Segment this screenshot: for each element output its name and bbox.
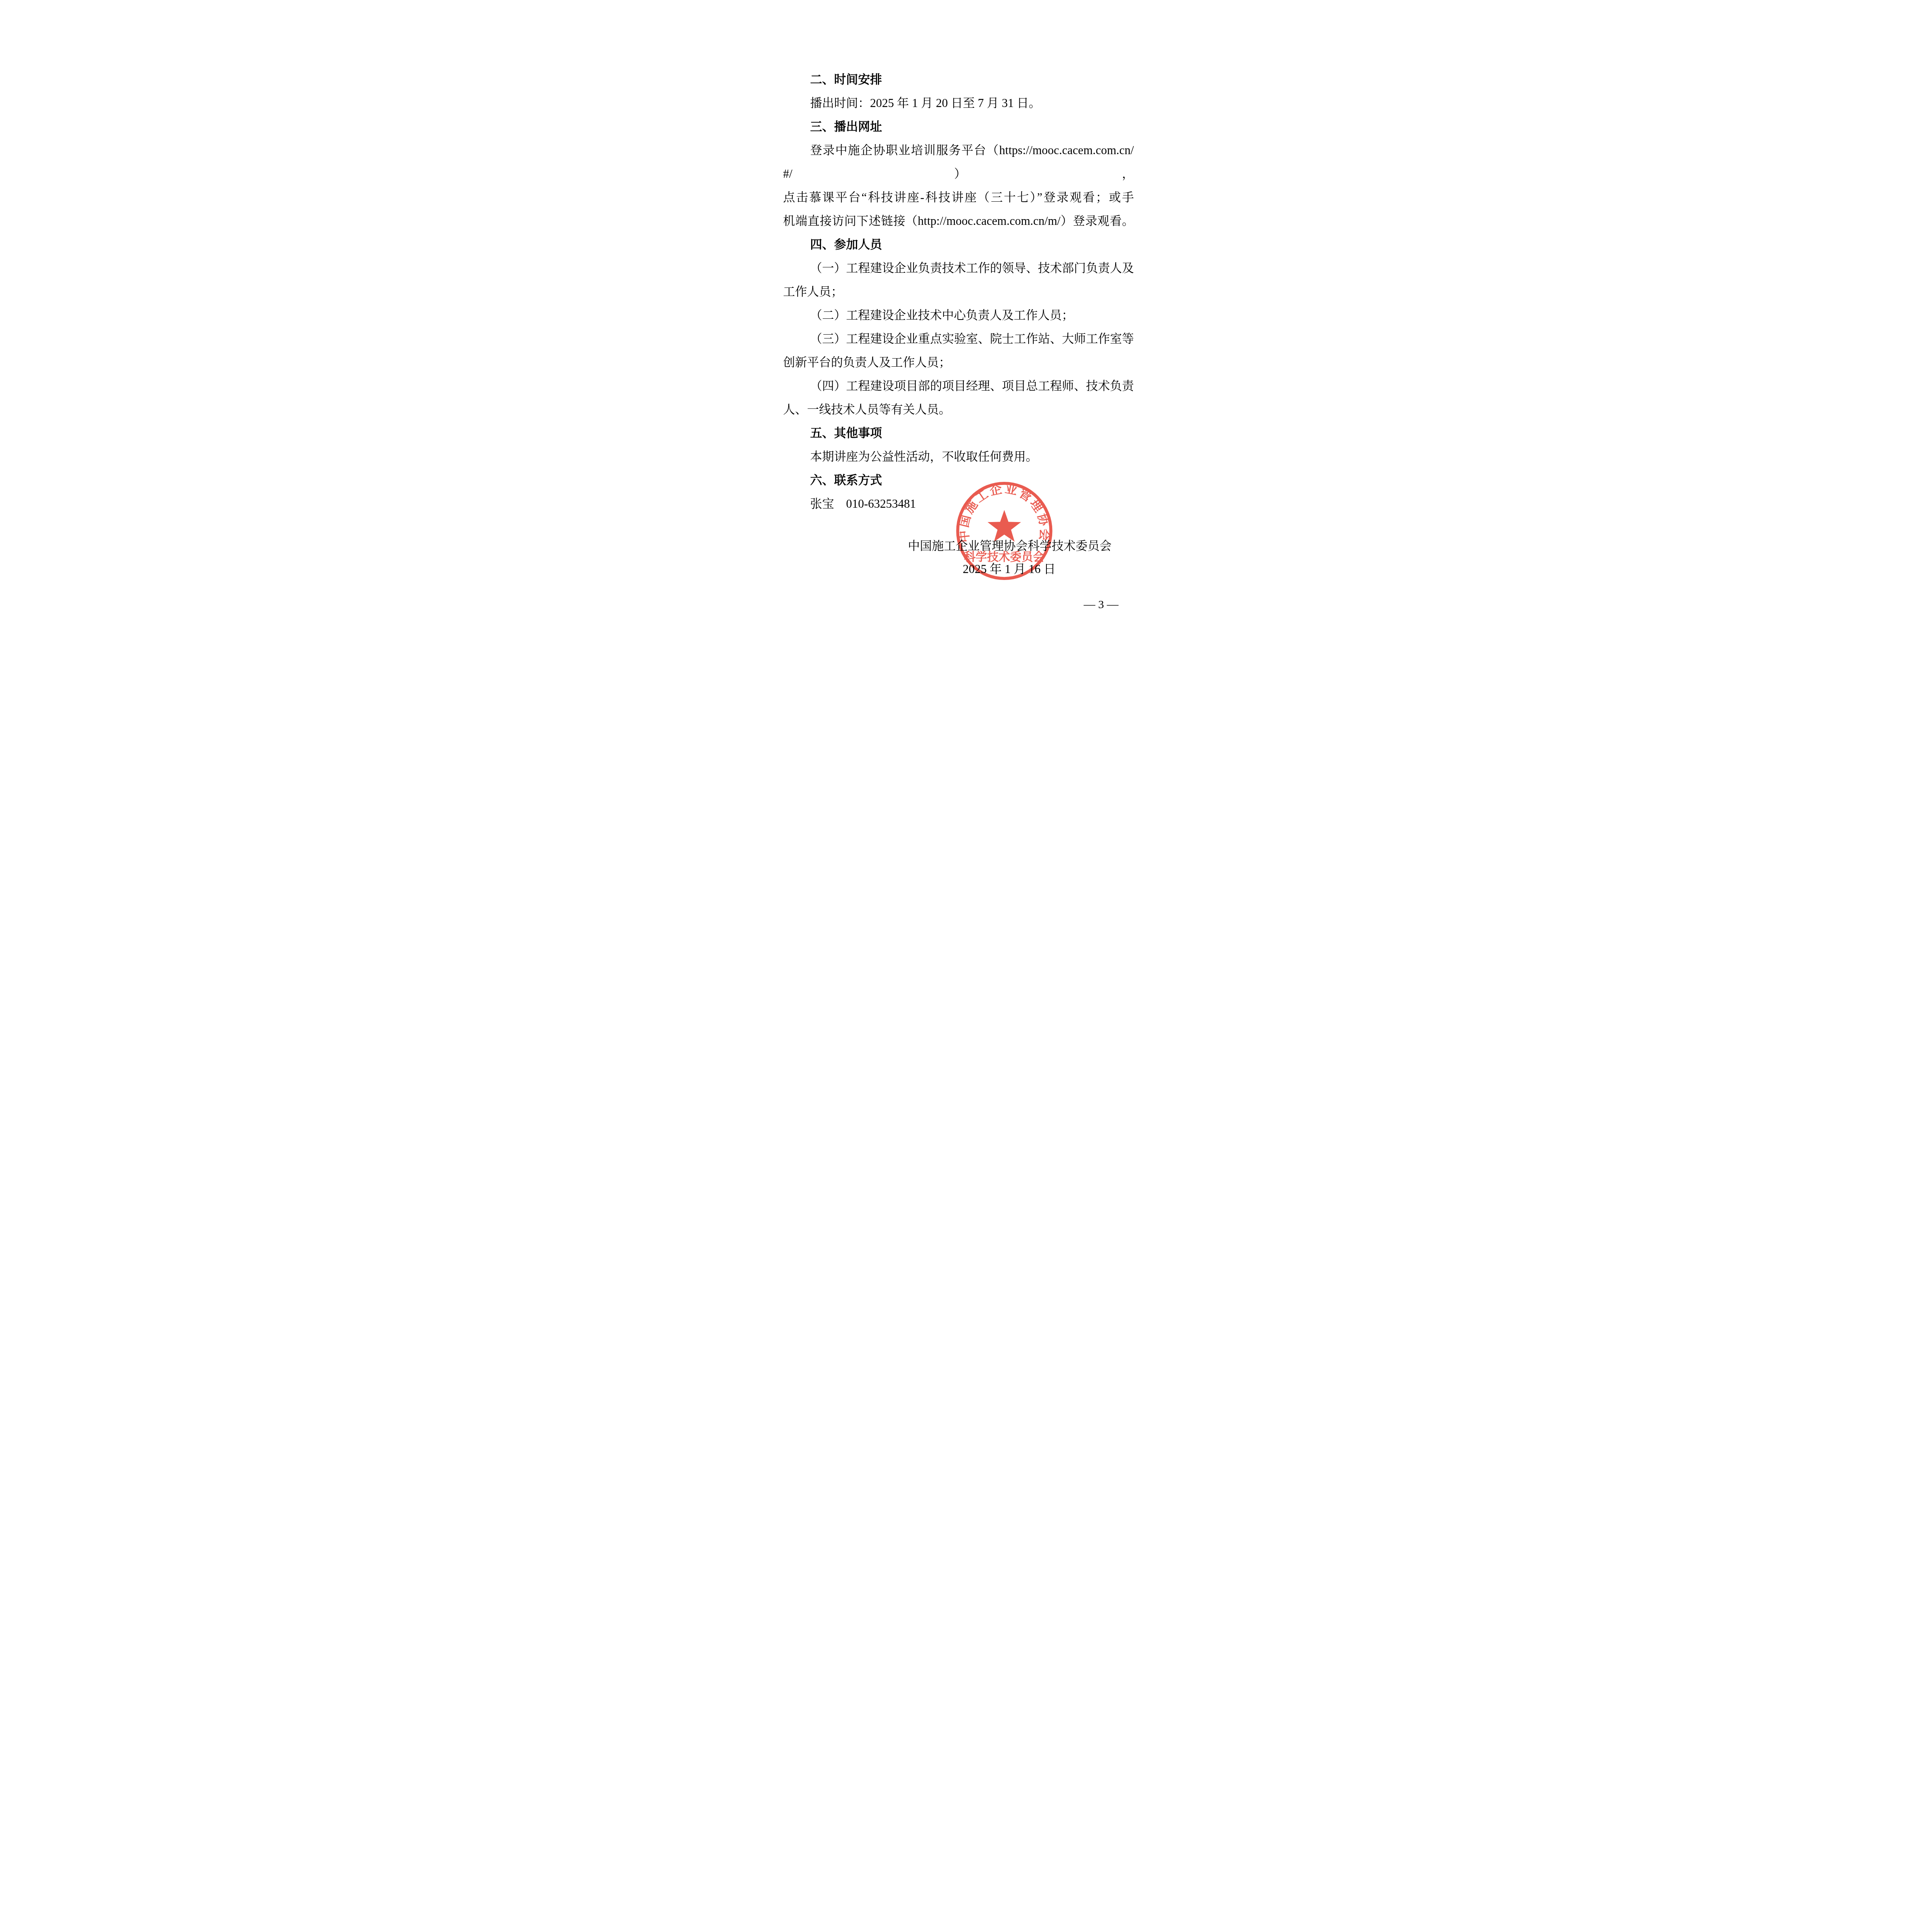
document-body: 二、时间安排 播出时间：2025 年 1 月 20 日至 7 月 31 日。 三… [719, 0, 1198, 515]
body-line: 人、一线技术人员等有关人员。 [783, 398, 1134, 421]
heading-time-arrangement: 二、时间安排 [783, 68, 1134, 91]
body-line-item-2: （二）工程建设企业技术中心负责人及工作人员； [783, 303, 1134, 327]
signature-org: 中国施工企业管理协会科学技术委员会 [908, 539, 1112, 553]
heading-participants: 四、参加人员 [783, 233, 1134, 256]
signature-date: 2025 年 1 月 16 日 [963, 562, 1056, 576]
body-line: 播出时间：2025 年 1 月 20 日至 7 月 31 日。 [783, 91, 1134, 115]
heading-contact-info: 六、联系方式 [783, 468, 1134, 492]
body-line-item-4: （四）工程建设项目部的项目经理、项目总工程师、技术负责 [783, 374, 1134, 398]
body-line-url-mobile: 机端直接访问下述链接（http://mooc.cacem.com.cn/m/）登… [783, 209, 1134, 233]
body-line-item-3: （三）工程建设企业重点实验室、院士工作站、大师工作室等 [783, 327, 1134, 350]
body-line: 工作人员； [783, 280, 1134, 303]
body-line-contact: 张宝 010-63253481 [783, 492, 1134, 515]
body-line: 本期讲座为公益性活动，不收取任何费用。 [783, 445, 1134, 468]
heading-other-matters: 五、其他事项 [783, 421, 1134, 445]
page-number: — 3 — [1084, 598, 1119, 611]
body-line: 创新平台的负责人及工作人员； [783, 350, 1134, 374]
body-line-url-https: 登录中施企协职业培训服务平台（https://mooc.cacem.com.cn… [783, 138, 1134, 185]
body-line-item-1: （一）工程建设企业负责技术工作的领导、技术部门负责人及 [783, 256, 1134, 280]
body-line: 点击慕课平台“科技讲座-科技讲座（三十七）”登录观看；或手 [783, 185, 1134, 209]
document-page: 二、时间安排 播出时间：2025 年 1 月 20 日至 7 月 31 日。 三… [719, 0, 1198, 678]
heading-broadcast-url: 三、播出网址 [783, 115, 1134, 138]
